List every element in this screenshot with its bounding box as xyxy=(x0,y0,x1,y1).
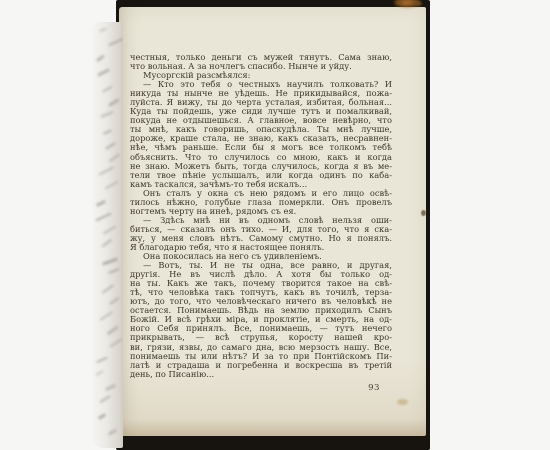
blurred-text-mark xyxy=(109,153,121,162)
blurred-text-mark xyxy=(98,167,114,177)
blurred-text-mark xyxy=(104,181,118,191)
blurred-text-mark xyxy=(108,268,120,274)
blurred-text-mark xyxy=(99,311,113,321)
facing-page-fore-edge xyxy=(92,22,123,448)
blurred-text-mark xyxy=(97,68,110,76)
blurred-text-mark xyxy=(96,212,112,221)
blurred-text-mark xyxy=(100,395,112,403)
blurred-text-mark xyxy=(99,28,107,33)
page-text: честныя, только деньги съ мужей тянутъ. … xyxy=(130,53,392,379)
blurred-text-mark xyxy=(102,85,113,93)
text-line: день, по Писанію... xyxy=(130,370,392,379)
blurred-text-mark xyxy=(100,111,114,119)
blurred-text-mark xyxy=(108,38,123,47)
foxing-stain xyxy=(421,210,426,216)
blurred-text-mark xyxy=(109,297,119,305)
blurred-text-mark xyxy=(102,238,113,247)
blurred-text-mark xyxy=(98,413,106,420)
blurred-text-mark xyxy=(106,325,118,335)
blurred-text-mark xyxy=(97,356,109,363)
blurred-text-mark xyxy=(103,129,113,135)
foxing-stain xyxy=(397,399,408,405)
blurred-text-mark xyxy=(105,142,115,150)
foxing-stain xyxy=(413,0,423,7)
blurred-text-mark xyxy=(101,284,114,294)
blurred-text-mark xyxy=(103,225,117,235)
blurred-text-mark xyxy=(96,55,105,62)
blurred-text-mark xyxy=(108,428,117,435)
blurred-text-mark xyxy=(105,384,116,391)
blurred-text-mark xyxy=(95,200,105,207)
page-number: 93 xyxy=(130,383,380,393)
blurred-text-mark xyxy=(109,338,122,348)
blurred-text-mark xyxy=(102,257,118,265)
blurred-text-mark xyxy=(108,98,120,107)
blurred-text-mark xyxy=(95,369,104,376)
